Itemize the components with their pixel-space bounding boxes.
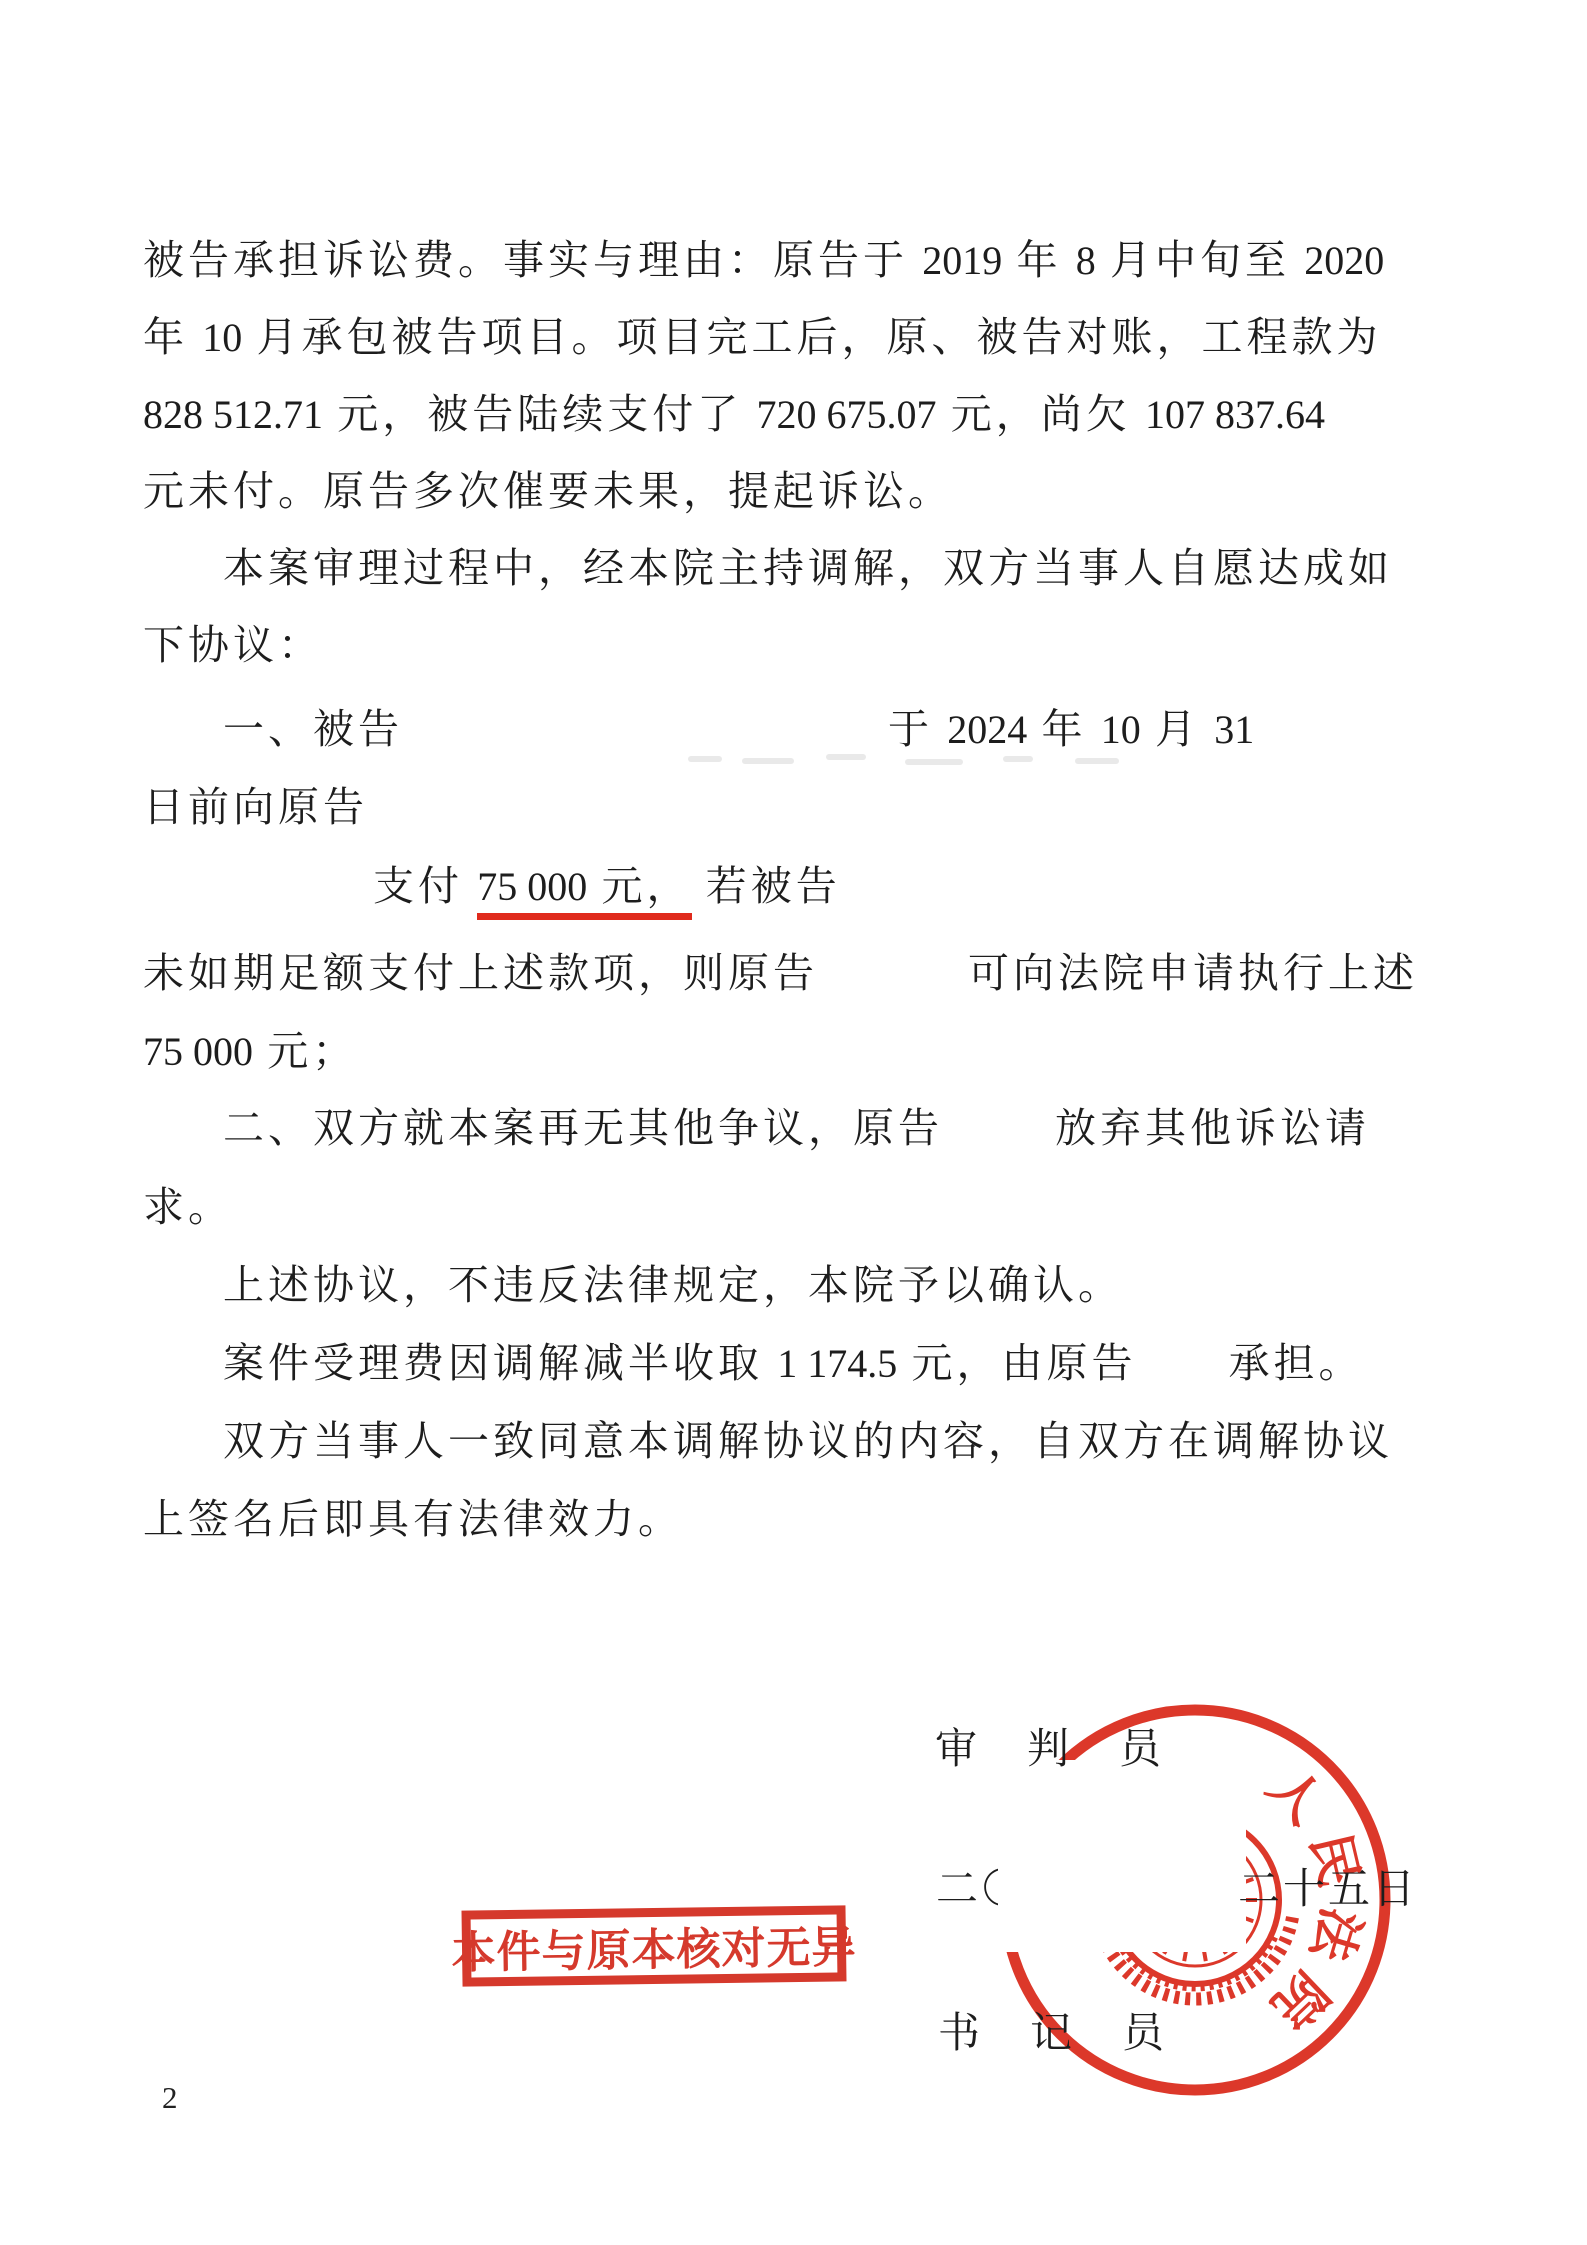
- text-segment: 75 000 元；: [143, 1028, 357, 1074]
- text-segment: 未如期足额支付上述款项，则原告: [143, 950, 818, 996]
- doc-line-8: 日前向原告: [143, 782, 1503, 832]
- text-segment: 案件受理费因调解减半收取 1 174.5 元，由原告: [223, 1340, 1137, 1386]
- doc-line-16: 双方当事人一致同意本调解协议的内容，自双方在调解协议: [143, 1416, 1503, 1466]
- page-number: 2: [162, 2080, 178, 2116]
- redacted-gap: [1137, 1376, 1229, 1377]
- text-segment: 元未付。原告多次催要未果，提起诉讼。: [143, 468, 953, 514]
- redaction-box: [998, 1760, 1246, 1952]
- doc-line-4: 元未付。原告多次催要未果，提起诉讼。: [143, 466, 1503, 516]
- redacted-gap: [403, 742, 888, 743]
- redacted-gap: [143, 1298, 223, 1299]
- redacted-gap: [818, 986, 968, 987]
- clerk-label: 书 记 员: [938, 2000, 1168, 2060]
- date-suffix: 二十五日: [1238, 1856, 1418, 1916]
- redacted-gap: [143, 742, 223, 743]
- doc-line-7: 一、被告于 2024 年 10 月 31: [143, 704, 1503, 755]
- text-segment: 于 2024 年 10 月 31: [888, 706, 1254, 752]
- doc-line-15: 案件受理费因调解减半收取 1 174.5 元，由原告承担。: [143, 1338, 1503, 1389]
- text-segment: 828 512.71 元，被告陆续支付了 720 675.07 元，尚欠 107…: [143, 391, 1325, 437]
- doc-line-9: 支付 75 000 元， 若被告: [143, 861, 1503, 912]
- verification-stamp: 本件与原本核对无异: [461, 1905, 846, 1986]
- doc-line-17: 上签名后即具有法律效力。: [143, 1494, 1503, 1544]
- judge-label: 审 判 员: [935, 1716, 1165, 1776]
- doc-line-11: 75 000 元；: [143, 1026, 1503, 1077]
- text-segment: 日前向原告: [143, 784, 368, 830]
- redacted-gap: [143, 1376, 223, 1377]
- redacted-gap: [143, 1141, 223, 1142]
- redacted-gap: [143, 899, 373, 900]
- text-segment: 若被告: [692, 863, 841, 909]
- text-segment: 承担。: [1229, 1340, 1364, 1386]
- text-segment: 下协议：: [143, 622, 323, 668]
- scan-artifact: [1003, 756, 1033, 762]
- doc-line-10: 未如期足额支付上述款项，则原告可向法院申请执行上述: [143, 948, 1503, 998]
- text-segment: 上述协议，不违反法律规定，本院予以确认。: [223, 1262, 1123, 1308]
- doc-line-2: 年 10 月承包被告项目。项目完工后，原、被告对账，工程款为: [143, 312, 1503, 363]
- scan-artifact: [688, 756, 722, 762]
- text-segment: 被告承担诉讼费。事实与理由：原告于 2019 年 8 月中旬至 2020: [143, 237, 1384, 283]
- text-segment: 上签名后即具有法律效力。: [143, 1496, 683, 1542]
- text-segment: 放弃其他诉讼请: [1055, 1105, 1370, 1151]
- redacted-gap: [943, 1141, 1055, 1142]
- text-segment: 双方当事人一致同意本调解协议的内容，自双方在调解协议: [223, 1418, 1393, 1464]
- text-segment: 可向法院申请执行上述: [968, 950, 1418, 996]
- scan-artifact: [1075, 758, 1119, 764]
- doc-line-13: 求。: [143, 1182, 1503, 1232]
- text-segment: 一、被告: [223, 706, 403, 752]
- doc-line-12: 二、双方就本案再无其他争议，原告放弃其他诉讼请: [143, 1103, 1503, 1153]
- redacted-gap: [143, 581, 223, 582]
- text-segment: 二、双方就本案再无其他争议，原告: [223, 1105, 943, 1151]
- scanned-court-document-page: { "page": { "number": "2" }, "document":…: [0, 0, 1587, 2245]
- text-segment: 本案审理过程中，经本院主持调解，双方当事人自愿达成如: [223, 545, 1393, 591]
- verification-stamp-text: 本件与原本核对无异: [451, 1911, 857, 1981]
- scan-artifact: [742, 758, 794, 764]
- doc-line-5: 本案审理过程中，经本院主持调解，双方当事人自愿达成如: [143, 543, 1503, 593]
- doc-line-6: 下协议：: [143, 620, 1503, 670]
- redacted-gap: [143, 1454, 223, 1455]
- text-segment: 求。: [143, 1184, 233, 1230]
- doc-line-14: 上述协议，不违反法律规定，本院予以确认。: [143, 1260, 1503, 1310]
- doc-line-3: 828 512.71 元，被告陆续支付了 720 675.07 元，尚欠 107…: [143, 389, 1503, 440]
- text-segment: 年 10 月承包被告项目。项目完工后，原、被告对账，工程款为: [143, 314, 1382, 360]
- underlined-amount: 75 000 元，: [477, 863, 691, 920]
- doc-line-1: 被告承担诉讼费。事实与理由：原告于 2019 年 8 月中旬至 2020: [143, 235, 1503, 286]
- text-segment: 支付: [373, 863, 477, 909]
- scan-artifact: [905, 759, 963, 765]
